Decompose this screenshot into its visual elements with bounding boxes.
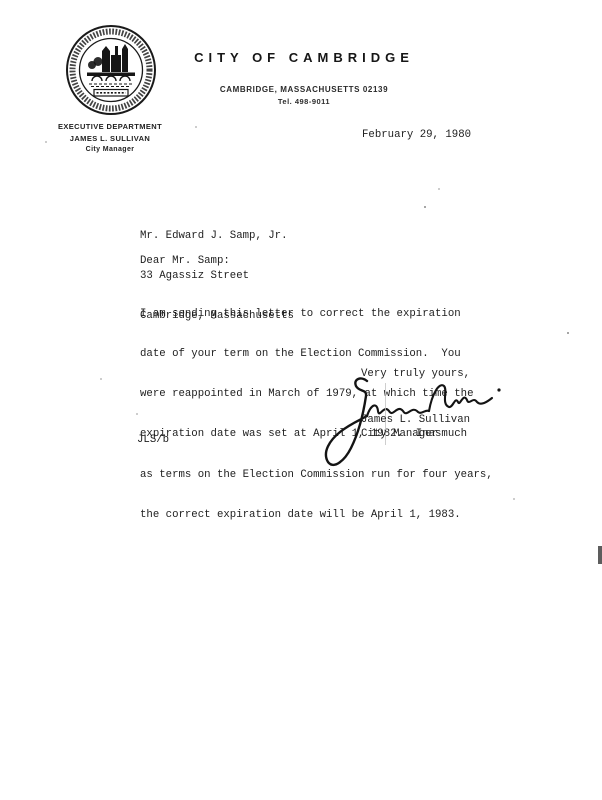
signature-title: City Manager (361, 428, 438, 441)
body-line: date of your term on the Election Commis… (140, 348, 493, 361)
body-line: the correct expiration date will be Apri… (140, 509, 493, 522)
letterhead-title: CITY OF CAMBRIDGE (3, 50, 602, 65)
scan-speck (195, 126, 197, 128)
letter-date: February 29, 1980 (362, 129, 471, 142)
letter-page: CITY OF CAMBRIDGE CAMBRIDGE, MASSACHUSET… (0, 0, 602, 800)
scan-edge-artifact (598, 546, 602, 564)
body-line: I am sending this letter to correct the … (140, 308, 493, 321)
signature-name: James L. Sullivan (361, 414, 470, 427)
scan-speck (136, 413, 138, 415)
manager-name: JAMES L. SULLIVAN (20, 133, 200, 145)
manager-title: City Manager (20, 144, 200, 156)
scan-speck (438, 188, 440, 190)
letterhead-department-block: EXECUTIVE DEPARTMENT JAMES L. SULLIVAN C… (20, 121, 200, 156)
reference-initials: JLS/b (137, 434, 169, 447)
scan-speck (567, 332, 569, 334)
salutation: Dear Mr. Samp: (140, 255, 230, 268)
scan-speck (45, 141, 47, 143)
recipient-name: Mr. Edward J. Samp, Jr. (140, 230, 294, 243)
scan-speck (513, 498, 515, 500)
letterhead-phone: Tel. 498-9011 (3, 97, 602, 106)
scan-speck (100, 378, 102, 380)
department-name: EXECUTIVE DEPARTMENT (20, 121, 200, 133)
scan-speck (424, 206, 426, 208)
letterhead-address: CAMBRIDGE, MASSACHUSETTS 02139 (3, 85, 602, 94)
